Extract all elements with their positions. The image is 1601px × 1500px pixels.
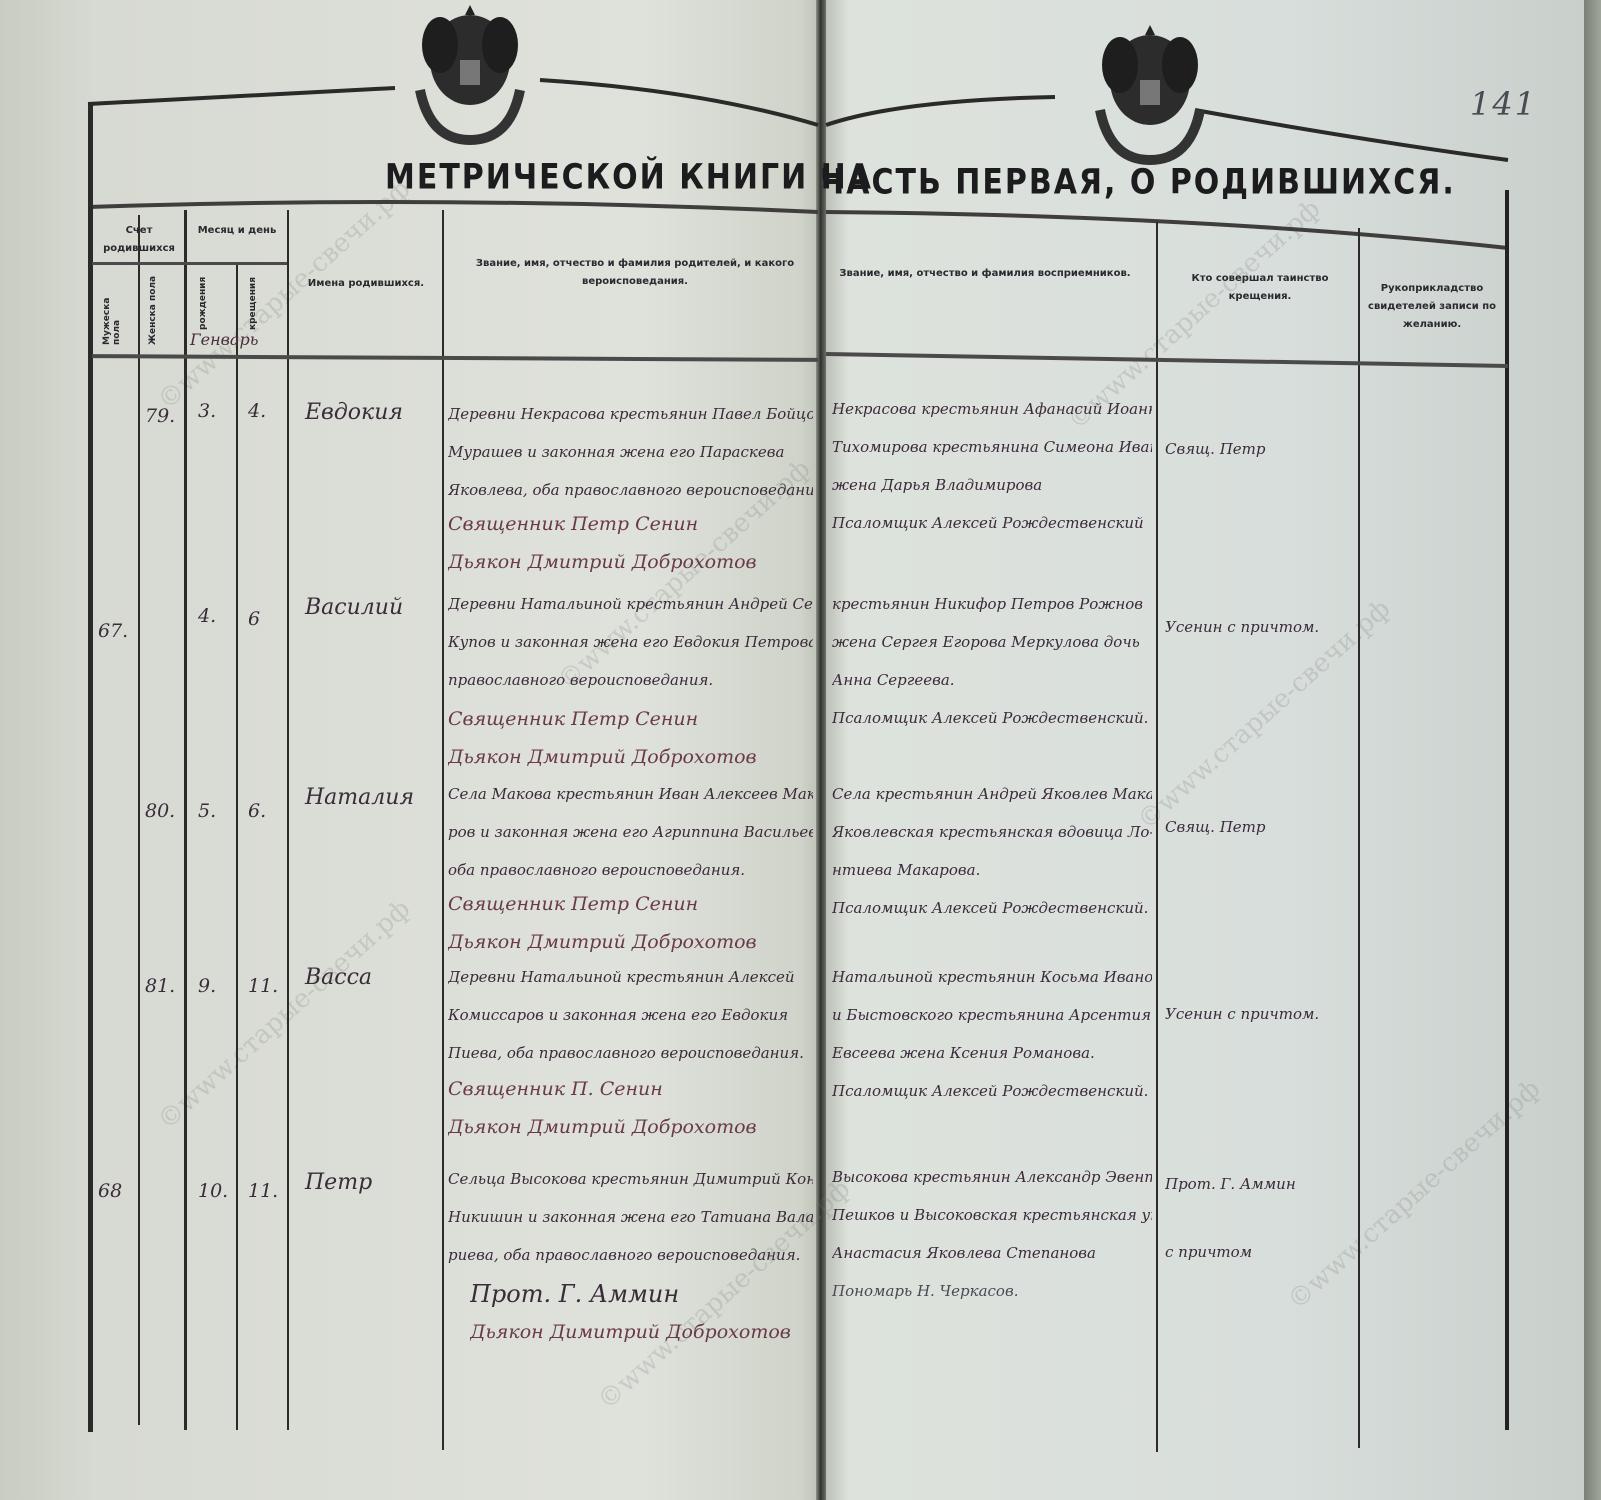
parents-text: Сельца Высокова крестьянин Димитрий Конд…	[448, 1160, 813, 1274]
watermark: ©www.старые-свечи.рф	[152, 894, 416, 1136]
page-title-right: ЧАСТЬ ПЕРВАЯ, О РОДИВШИХСЯ.	[820, 162, 1456, 202]
header-name: Имена родившихся.	[292, 275, 440, 293]
female-number: 80.	[145, 800, 175, 822]
godparents-text: Села крестьянин Андрей Яковлев Мака- Яко…	[832, 775, 1152, 927]
column-divider	[1358, 228, 1360, 1448]
column-divider	[442, 210, 444, 1450]
header-month-day: Месяц и день	[188, 222, 286, 240]
baptism-day: 6	[248, 608, 260, 630]
header-baptized: крещения	[248, 275, 258, 330]
frame-right-border	[1505, 190, 1509, 1430]
female-number: 81.	[145, 975, 175, 997]
birth-day: 9.	[198, 975, 216, 997]
godparents-text: крестьянин Никифор Петров Рожнов жена Се…	[832, 585, 1152, 737]
birth-day: 3.	[198, 400, 216, 422]
header-count: Счет родившихся	[94, 222, 184, 258]
header-female: Женска пола	[148, 275, 158, 345]
godparents-text: Натальиной крестьянин Косьма Иванов и Бы…	[832, 958, 1152, 1110]
child-name: Наталия	[305, 785, 414, 810]
performed-by: Усенин с причтом.	[1165, 608, 1355, 646]
column-divider	[236, 265, 238, 1430]
godparents-text: Некрасова крестьянин Афанасий Иоаннов Ти…	[832, 390, 1152, 542]
header-born: рождения	[198, 275, 208, 330]
parents-text: Села Макова крестьянин Иван Алексеев Мак…	[448, 775, 813, 889]
performed-by: Свящ. Петр	[1165, 430, 1355, 468]
column-divider	[287, 210, 289, 1430]
header-male: Мужеска пола	[102, 275, 122, 345]
performed-by: Прот. Г. Аммин с причтом	[1165, 1165, 1355, 1271]
folio-number: 141	[1470, 85, 1537, 123]
baptism-day: 4.	[248, 400, 266, 422]
column-divider	[138, 215, 140, 1425]
child-name: Васса	[305, 965, 372, 990]
female-number: 79.	[145, 405, 175, 427]
clergy-signatures: Священник Петр Сенин Дьякон Дмитрий Добр…	[448, 505, 813, 581]
clergy-signatures: Священник Петр Сенин Дьякон Дмитрий Добр…	[448, 885, 813, 961]
godparents-text: Высокова крестьянин Александр Эвентеев П…	[832, 1158, 1152, 1310]
child-name: Петр	[305, 1170, 372, 1195]
open-register-book: ©www.старые-свечи.рф ©www.старые-свечи.р…	[0, 0, 1601, 1500]
parents-text: Деревни Некрасова крестьянин Павел Бойцо…	[448, 395, 813, 509]
double-headed-eagle-icon	[405, 0, 535, 150]
watermark: ©www.старые-свечи.рф	[152, 174, 416, 416]
birth-day: 10.	[198, 1180, 228, 1202]
frame-left-border	[88, 102, 93, 1432]
header-performed-by: Кто совершал таинство крещения.	[1170, 270, 1350, 306]
page-title-left: МЕТРИЧЕСКОЙ КНИГИ НА	[385, 157, 873, 197]
baptism-day: 11.	[248, 1180, 278, 1202]
clergy-signatures: Прот. Г. Аммин Дьякон Димитрий Доброхото…	[470, 1275, 815, 1351]
clergy-signatures: Священник Петр Сенин Дьякон Дмитрий Добр…	[448, 700, 813, 776]
performed-by: Свящ. Петр	[1165, 808, 1355, 846]
parents-text: Деревни Натальиной крестьянин Алексей Ко…	[448, 958, 813, 1072]
frame-top-line	[0, 0, 1601, 260]
header-godparents: Звание, имя, отчество и фамилия восприем…	[835, 265, 1135, 283]
baptism-day: 11.	[248, 975, 278, 997]
child-name: Василий	[305, 595, 403, 620]
month-note: Генварь	[190, 330, 258, 349]
baptism-day: 6.	[248, 800, 266, 822]
birth-day: 5.	[198, 800, 216, 822]
column-divider	[1156, 222, 1158, 1452]
male-number: 68	[98, 1180, 122, 1202]
clergy-signatures: Священник П. Сенин Дьякон Дмитрий Доброх…	[448, 1070, 813, 1146]
header-signature: Рукоприкладство свидетелей записи по жел…	[1362, 280, 1502, 334]
child-name: Евдокия	[305, 400, 403, 425]
book-gutter	[816, 0, 826, 1500]
birth-day: 4.	[198, 605, 216, 627]
subheader-divider	[92, 262, 287, 265]
page-edge	[1584, 0, 1601, 1500]
performed-by: Усенин с причтом.	[1165, 995, 1355, 1033]
parents-text: Деревни Натальиной крестьянин Андрей Сер…	[448, 585, 813, 699]
header-parents: Звание, имя, отчество и фамилия родителе…	[460, 255, 810, 291]
column-divider	[184, 210, 187, 1430]
double-headed-eagle-icon	[1085, 20, 1215, 170]
male-number: 67.	[98, 620, 128, 642]
